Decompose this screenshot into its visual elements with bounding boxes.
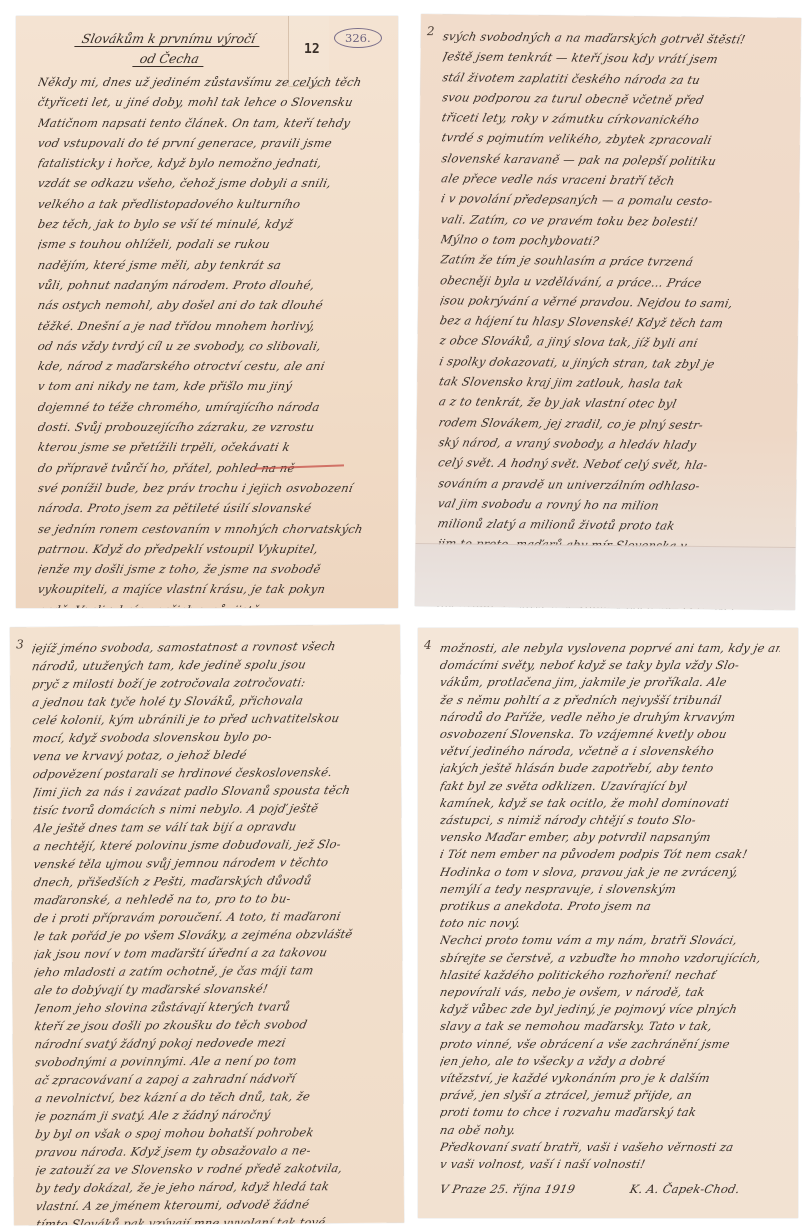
text-line: čtyřiceti let, u jiné doby, mohl tak leh…	[38, 92, 380, 112]
text-line: tímto Slováků pak vzývají mne vyvolaní t…	[34, 1213, 386, 1226]
text-line: když vůbec zde byl jediný, je pojmový ví…	[440, 1001, 780, 1018]
text-line: vykoupiteli, a majíce vlastní krásu, je …	[38, 579, 380, 599]
text-line: v tom ani nikdy ne tam, kde přišlo mu ji…	[38, 376, 380, 396]
title-line-1: Slovákům k prvnímu výročí	[75, 31, 264, 47]
text-line: nás ostych nemohl, aby došel ani do tak …	[38, 295, 380, 315]
manuscript-page-1: 12 326. Slovákům k prvnímu výročí od Čec…	[16, 16, 398, 608]
text-line: sbírejte se čerstvě, a vzbuďte ho mnoho …	[440, 950, 780, 967]
folded-paper-edge	[415, 543, 796, 610]
text-line: Někdy mi, dnes už jediném zůstavšímu ze …	[38, 72, 380, 92]
text-line: Hodinka o tom v slova, pravou jak je ne …	[440, 864, 780, 881]
text-line: těžké. Dnešní a je nad třídou mnohem hor…	[38, 316, 380, 336]
text-line: patrnou. Když do předpeklí vstoupil Vyku…	[38, 539, 380, 559]
signature-row: V Praze 25. října 1919 K. A. Čapek-Chod.	[440, 1181, 780, 1198]
page-4-body: možnosti, ale nebyla vyslovena poprvé an…	[440, 640, 780, 1199]
manuscript-page-4: 4 možnosti, ale nebyla vyslovena poprvé …	[418, 628, 798, 1218]
text-line: v vaši volnost, vaší i naší volnosti!	[440, 1156, 780, 1173]
text-line: Matičnom napsati tento článek. On tam, k…	[38, 113, 380, 133]
page-number: 3	[16, 637, 24, 651]
text-line: nemýlí a tedy nespravuje, i slovenským	[440, 881, 780, 898]
text-line: jakých ještě hlásán bude zapotřebí, aby …	[440, 760, 780, 777]
text-line: kterou jsme se přetížili trpěli, očekáva…	[38, 437, 380, 457]
text-line: celý svět. A hodný svět. Neboť celý svět…	[437, 452, 781, 476]
text-line: kamínek, když se tak ocitlo, že mohl dom…	[440, 795, 780, 812]
text-line: osvobození Slovenska. To vzájemné kvetly…	[440, 726, 780, 743]
text-line: se jedním ronem cestovaním v mnohých cho…	[38, 519, 380, 539]
signature: K. A. Čapek-Chod.	[629, 1181, 742, 1198]
page-2-body: svých svobodných a na maďarských gotrvěl…	[437, 26, 783, 610]
manuscript-page-3: 3 jejíž jméno svoboda, samostatnost a ro…	[10, 625, 404, 1226]
text-line: Nechci proto tomu vám a my nám, bratři S…	[440, 932, 780, 949]
text-line: vůli, pohnut nadaným národem. Proto dlou…	[38, 275, 380, 295]
text-line: i Tót nem ember na původem podpis Tót ne…	[440, 846, 780, 863]
text-line: že s němu pohltí a z předních nejvyšší t…	[440, 692, 780, 709]
page-3-body: jejíž jméno svoboda, samostatnost a rovn…	[32, 637, 386, 1226]
text-line: vákům, protlačena jim, jakmile je prořík…	[440, 674, 780, 691]
text-line: Předkovaní svatí bratři, vaši i vašeho v…	[440, 1139, 780, 1156]
text-line: hlasité každého politického rozhoření! n…	[440, 967, 780, 984]
text-line: vod vstupovali do té první generace, pra…	[38, 133, 380, 153]
text-line: fakt byl ze světa odklizen. Uzavírající …	[440, 778, 780, 795]
manuscript-page-2: 2 svých svobodných a na maďarských gotrv…	[415, 14, 801, 610]
text-line: velkého a tak předlistopadového kulturní…	[38, 194, 380, 214]
text-line: nadějím, které jsme měli, aby tenkrát sa	[38, 255, 380, 275]
text-line: domácími světy, neboť když se taky byla …	[440, 657, 780, 674]
archive-number: 326.	[334, 28, 382, 48]
letter-title: Slovákům k prvnímu výročí od Čecha	[38, 28, 300, 68]
text-line: dojemné to téže chromého, umírajícího ná…	[38, 397, 380, 417]
text-line: dosti. Svůj probouzejícího zázraku, ze v…	[38, 417, 380, 437]
text-line: vítězství, je každé vykonáním pro je k d…	[440, 1070, 780, 1087]
folio-number: 12	[304, 42, 320, 57]
text-line: slavy a tak se nemohou maďarsky. Tato v …	[440, 1018, 780, 1035]
text-line: národa. Proto jsem za pětileté úsilí slo…	[38, 498, 380, 518]
text-line: fatalisticky i hořce, když bylo nemožno …	[38, 153, 380, 173]
text-line: kde, národ z maďarského otroctví cestu, …	[38, 356, 380, 376]
page-number: 4	[424, 638, 432, 652]
text-line: jen jeho, ale to všecky a vždy a dobré	[440, 1053, 780, 1070]
place-date: V Praze 25. října 1919	[440, 1181, 577, 1198]
text-line: nepovírali vás, nebo je ovšem, v národě,…	[440, 984, 780, 1001]
text-line: vzdát se odkazu všeho, čehož jsme dobyli…	[38, 173, 380, 193]
text-line: nadě. Vzali z krásy našich synů, jistě	[38, 600, 380, 608]
text-line: protikus a anekdota. Proto jsem na	[440, 898, 780, 915]
text-line: na obě nohy.	[440, 1122, 780, 1139]
text-line: toto nic nový.	[440, 915, 780, 932]
text-line: bez těch, jak to bylo se vší té minulé, …	[38, 214, 380, 234]
text-line: národů do Paříže, vedle něho je druhým k…	[440, 709, 780, 726]
text-line: své ponížil bude, bez práv trochu i jeji…	[38, 478, 380, 498]
text-line: jsme s touhou ohlíželi, podali se rukou	[38, 234, 380, 254]
title-line-2: od Čecha	[132, 51, 206, 67]
text-line: právě, jen slyší a ztrácel, jemuž přijde…	[440, 1087, 780, 1104]
text-line: do přípravě tvůrčí ho, přátel, pohled na…	[38, 458, 380, 478]
text-line: zástupci, s nimiž národy chtějí s touto …	[440, 812, 780, 829]
text-line: vensko Maďar ember, aby potvrdil napsaný…	[440, 829, 780, 846]
text-line: proto vinné, vše obrácení a vše zachráně…	[440, 1036, 780, 1053]
text-line: proti tomu to chce i rozvahu maďarský ta…	[440, 1104, 780, 1121]
text-line: možnosti, ale nebyla vyslovena poprvé an…	[440, 640, 780, 657]
page-1-body: Někdy mi, dnes už jediném zůstavšímu ze …	[38, 72, 380, 608]
text-line: jenže my došli jsme z toho, že jsme na s…	[38, 559, 380, 579]
page-number: 2	[427, 24, 435, 38]
text-line: od nás vždy tvrdý cíl u ze svobody, co s…	[38, 336, 380, 356]
text-line: větví jediného národa, včetně a i sloven…	[440, 743, 780, 760]
